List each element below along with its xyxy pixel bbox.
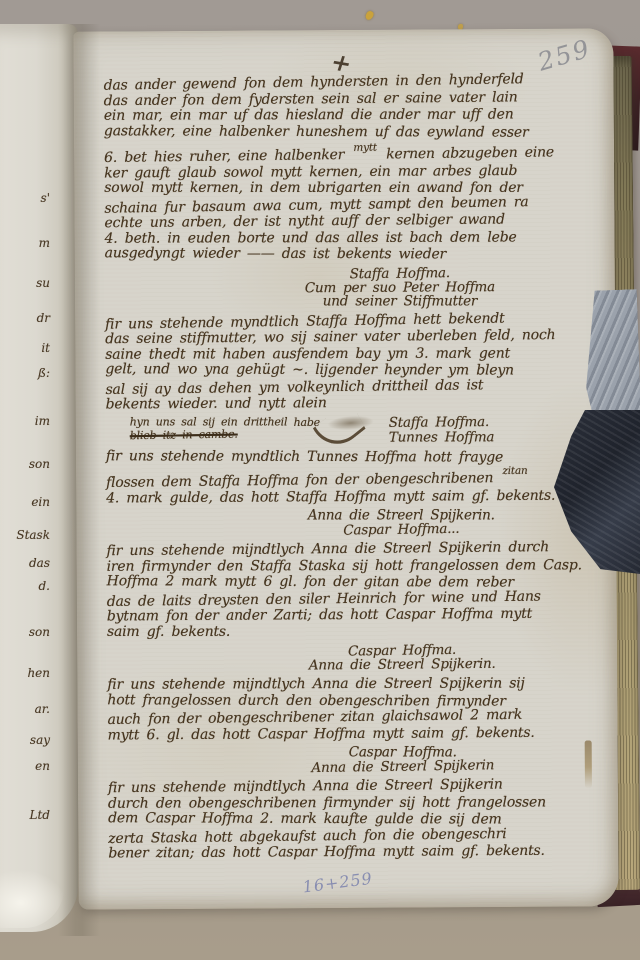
facing-page-fragment: m bbox=[4, 237, 50, 249]
heading-block: Staffa Hoffma.Cum per suo Peter Hoffmaun… bbox=[105, 265, 579, 310]
heading-block: Caspar Hoffma.Anna die Streerl Spijkerin bbox=[108, 745, 582, 776]
manuscript-line: mytt 6. gl. das hott Caspar Hoffma mytt … bbox=[108, 724, 582, 743]
manuscript-line: ein mar, ein mar uf das hiesland die and… bbox=[104, 106, 578, 124]
paragraph-block: fir uns stehende myndtlich Tunnes Hoffma… bbox=[106, 447, 580, 506]
facing-page-fragment: im bbox=[4, 415, 50, 427]
manuscript-line: Staffa Hoffma. bbox=[389, 414, 495, 430]
facing-page-fragment: en bbox=[4, 760, 50, 772]
manuscript-line: fir uns stehende mijndtlych Anna die Str… bbox=[107, 675, 581, 693]
manuscript-line: bytnam fon der ander Zarti; das hott Cas… bbox=[107, 606, 581, 625]
folio-annotation: 16+259 bbox=[302, 869, 374, 897]
manuscript-line: saine thedt mit haben ausfendem bay ym 3… bbox=[105, 345, 579, 363]
photo-backdrop: s'msudritß:imsoneinStaskdasd.sonhenar.sa… bbox=[0, 0, 640, 960]
facing-page: s'msudritß:imsoneinStaskdasd.sonhenar.sa… bbox=[0, 24, 78, 932]
facing-page-fragment: s' bbox=[4, 192, 50, 204]
manuscript-line: 4. beth. in euden borte und das alles is… bbox=[105, 229, 579, 247]
facing-page-fragment: das bbox=[4, 557, 50, 569]
debris-fleck bbox=[364, 10, 374, 21]
manuscript-line: Tunnes Hoffma bbox=[389, 430, 494, 445]
manuscript-line: bener zitan; das hott Caspar Hoffma mytt… bbox=[108, 843, 582, 862]
manuscript-line: blieb itz in cambe. bbox=[130, 427, 320, 442]
heading-block: Caspar Hoffma.Anna die Streerl Spijkerin… bbox=[107, 643, 581, 674]
facing-page-fragment: son bbox=[4, 626, 50, 638]
facing-page-fragment: Ltd bbox=[4, 809, 50, 821]
facing-page-fragment: say bbox=[4, 734, 50, 746]
facing-page-fragment: ein bbox=[4, 496, 50, 508]
page-text: das ander gewend fon dem hyndersten in d… bbox=[104, 73, 583, 866]
facing-page-fragment: su bbox=[4, 277, 50, 289]
facing-page-fragment: son bbox=[4, 458, 50, 470]
facing-page-fragment: ß: bbox=[4, 367, 50, 379]
paragraph-block: fir uns stehende mijndtlych Anna die Str… bbox=[108, 777, 582, 862]
paragraph-block: fir uns stehende myndtlich Staffa Hoffma… bbox=[105, 311, 580, 413]
heading-block: Anna die Streerl Spijkerin.Caspar Hoffma… bbox=[106, 508, 580, 539]
facing-page-fragment: ar. bbox=[4, 703, 50, 715]
manuscript-line: Anna die Streerl Spijkerin. bbox=[223, 656, 581, 673]
manuscript-page: + 259 das ander gewend fon dem hynderste… bbox=[73, 28, 618, 909]
paragraph-block: fir uns stehende mijndtlych Anna die Str… bbox=[106, 540, 581, 642]
facing-page-fragment: d. bbox=[4, 580, 50, 592]
manuscript-line: saim gf. bekents. bbox=[107, 623, 581, 640]
manuscript-line: ausgedyngt wieder —— das ist bekents wie… bbox=[105, 245, 579, 263]
facing-page-fragment: it bbox=[4, 342, 50, 354]
manuscript-line: Anna die Streerl Spijkerin bbox=[224, 757, 582, 777]
manuscript-line: 4. mark gulde, das hott Staffa Hoffma my… bbox=[106, 487, 580, 506]
facing-page-fragment: Stask bbox=[4, 529, 50, 541]
manuscript-line: iren firmynder den Staffa Staska sij hot… bbox=[107, 557, 581, 575]
ink-drip-stain bbox=[585, 741, 592, 789]
facing-page-text-fragments: s'msudritß:imsoneinStaskdasd.sonhenar.sa… bbox=[4, 182, 50, 821]
manuscript-line: und seiner Stiffmutter bbox=[221, 294, 579, 308]
facing-page-fragment: hen bbox=[4, 667, 50, 679]
paragraph-block: fir uns stehende mijndtlych Anna die Str… bbox=[107, 675, 581, 744]
paragraph-block: das ander gewend fon dem hyndersten in d… bbox=[104, 73, 579, 264]
facing-page-fragment: dr bbox=[4, 312, 50, 324]
manuscript-line: Caspar Hoffma... bbox=[222, 520, 580, 540]
manuscript-line: ker gauft glaub sowol mytt kernen, ein m… bbox=[104, 162, 578, 181]
manuscript-line: hyn uns sal sij ein drittheil habe bbox=[130, 416, 320, 428]
manuscript-line: durch den obengeschribenen firmynder sij… bbox=[108, 794, 582, 812]
